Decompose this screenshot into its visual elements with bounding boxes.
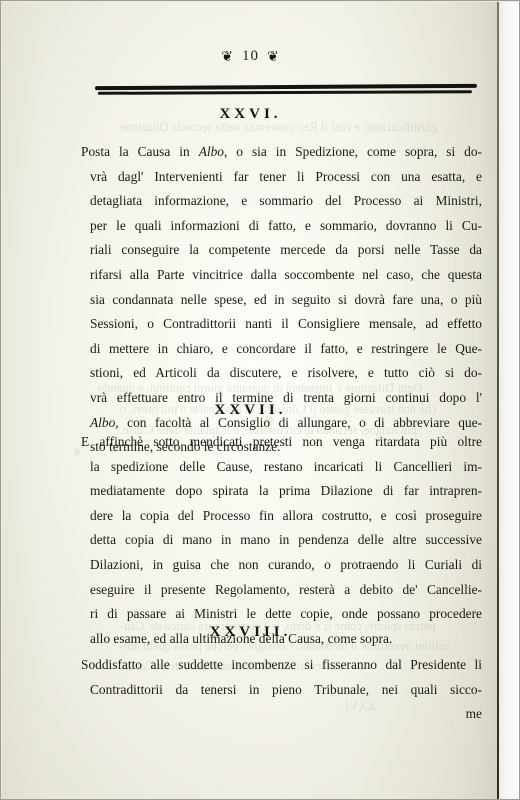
text-line: Contradittorii da tenersi in pieno Tribu…: [90, 678, 482, 703]
text-line: di mettere in chiaro, e concordare il fa…: [90, 337, 482, 362]
page-leaf: giustificazioni; e così il Reo convenuto…: [2, 2, 499, 799]
section-heading: XXVIII.: [2, 624, 499, 641]
text-line: vrà dagl' Intervenienti far tener li Pro…: [90, 165, 482, 190]
scanned-book-page: giustificazioni; e così il Reo convenuto…: [0, 0, 520, 800]
double-rule-top: [95, 84, 477, 90]
text-line: Sessioni, o Contradittorii nanti il Cons…: [90, 312, 482, 337]
facing-page-edge: [499, 2, 520, 799]
text-line: stioni, ed Articoli da discutere, e riso…: [90, 361, 482, 386]
running-head: ❦10❦: [2, 48, 499, 66]
text-line: dere la copia del Processo fin allora co…: [90, 504, 482, 529]
text-line: sia condannata nelle spese, ed in seguit…: [90, 288, 482, 313]
fleuron-ornament-icon: ❦: [267, 49, 280, 66]
text-line: per le quali informazioni di fatto, e so…: [90, 214, 482, 239]
text-line: detta copia di mano in mano in pendenza …: [90, 528, 482, 553]
section-paragraph: Soddisfatto alle suddette incombenze si …: [90, 653, 482, 727]
section-paragraph: E affinchè sotto mendicati pretesti non …: [90, 430, 482, 651]
fleuron-ornament-icon: ❦: [221, 49, 234, 66]
text-line: Soddisfatto alle suddette incombenze si …: [81, 653, 482, 678]
text-line: mediatamente dopo spirata la prima Dilaz…: [90, 479, 482, 504]
paper-stain: [74, 449, 80, 455]
catchword: me: [90, 702, 482, 727]
section-heading: XXVI.: [2, 106, 499, 123]
text-line: E affinchè sotto mendicati pretesti non …: [81, 430, 482, 455]
text-line: riali conseguire la competente mercede d…: [90, 238, 482, 263]
section-heading: XXVII.: [2, 402, 499, 419]
text-line: detagliata informazione, e sommario del …: [90, 189, 482, 214]
double-rule-bottom: [98, 90, 472, 95]
text-line: Dilazioni, in guisa che non curando, o p…: [90, 553, 482, 578]
text-line: eseguire il presente Regolamento, rester…: [90, 578, 482, 603]
text-line: Posta la Causa in Albo, o sia in Spedizi…: [81, 140, 482, 165]
page-number: 10: [242, 48, 259, 64]
text-line: rifarsi alla Parte vincitrice dalla socc…: [90, 263, 482, 288]
text-line: la spedizione delle Cause, restano incar…: [90, 455, 482, 480]
